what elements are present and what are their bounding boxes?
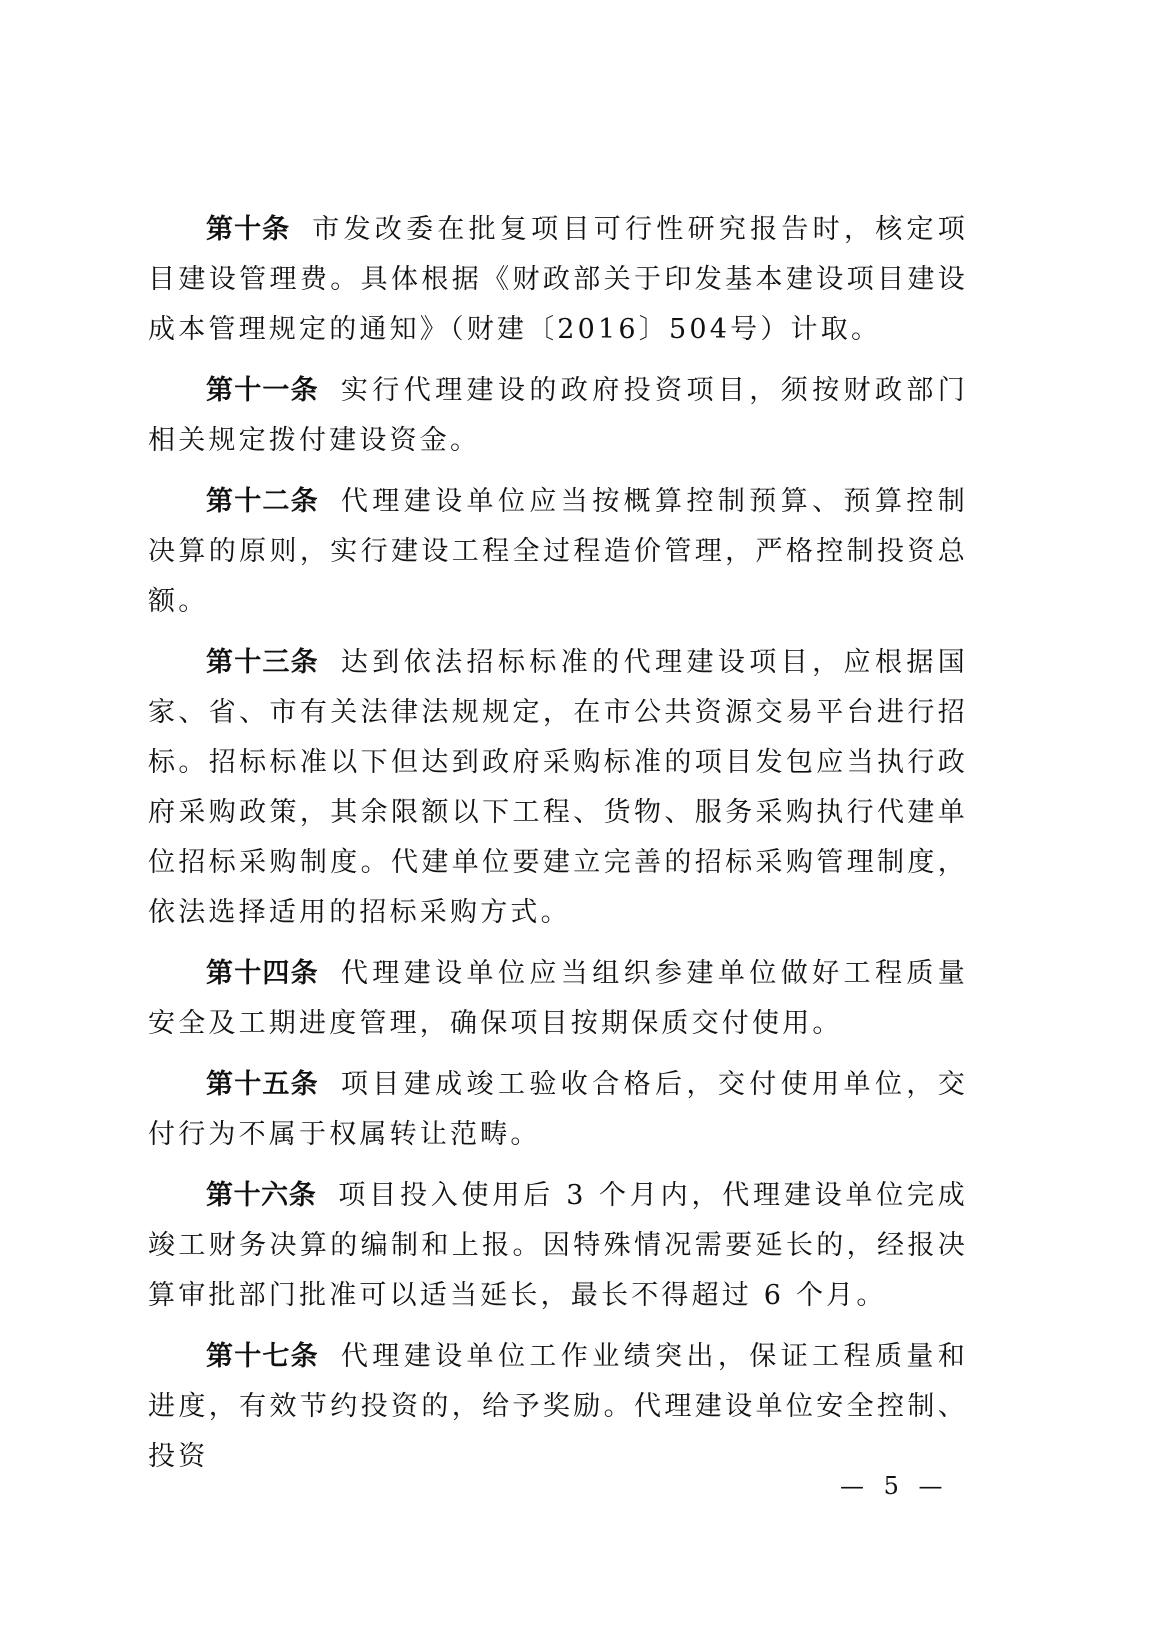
page-number: — 5 — [840,1472,949,1500]
article-heading: 第十七条 [206,1341,319,1372]
article-heading: 第十一条 [206,375,319,406]
article-12: 第十二条代理建设单位应当按概算控制预算、预算控制决算的原则，实行建设工程全过程造… [148,477,968,627]
article-heading: 第十二条 [206,486,319,517]
article-heading: 第十三条 [206,647,319,678]
article-text: 达到依法招标标准的代理建设项目，应根据国家、省、市有关法律法规规定，在市公共资源… [148,647,968,928]
article-16: 第十六条项目投入使用后 3 个月内，代理建设单位完成竣工财务决算的编制和上报。因… [148,1171,968,1321]
article-14: 第十四条代理建设单位应当组织参建单位做好工程质量安全及工期进度管理，确保项目按期… [148,949,968,1049]
document-page: 第十条市发改委在批复项目可行性研究报告时，核定项目建设管理费。具体根据《财政部关… [148,205,968,1493]
article-heading: 第十六条 [206,1180,316,1211]
article-heading: 第十条 [206,214,290,245]
article-10: 第十条市发改委在批复项目可行性研究报告时，核定项目建设管理费。具体根据《财政部关… [148,205,968,355]
article-heading: 第十四条 [206,958,319,989]
article-11: 第十一条实行代理建设的政府投资项目，须按财政部门相关规定拨付建设资金。 [148,366,968,466]
article-17: 第十七条代理建设单位工作业绩突出，保证工程质量和进度，有效节约投资的，给予奖励。… [148,1332,968,1482]
article-heading: 第十五条 [206,1069,319,1100]
article-15: 第十五条项目建成竣工验收合格后，交付使用单位，交付行为不属于权属转让范畴。 [148,1060,968,1160]
article-13: 第十三条达到依法招标标准的代理建设项目，应根据国家、省、市有关法律法规规定，在市… [148,638,968,938]
